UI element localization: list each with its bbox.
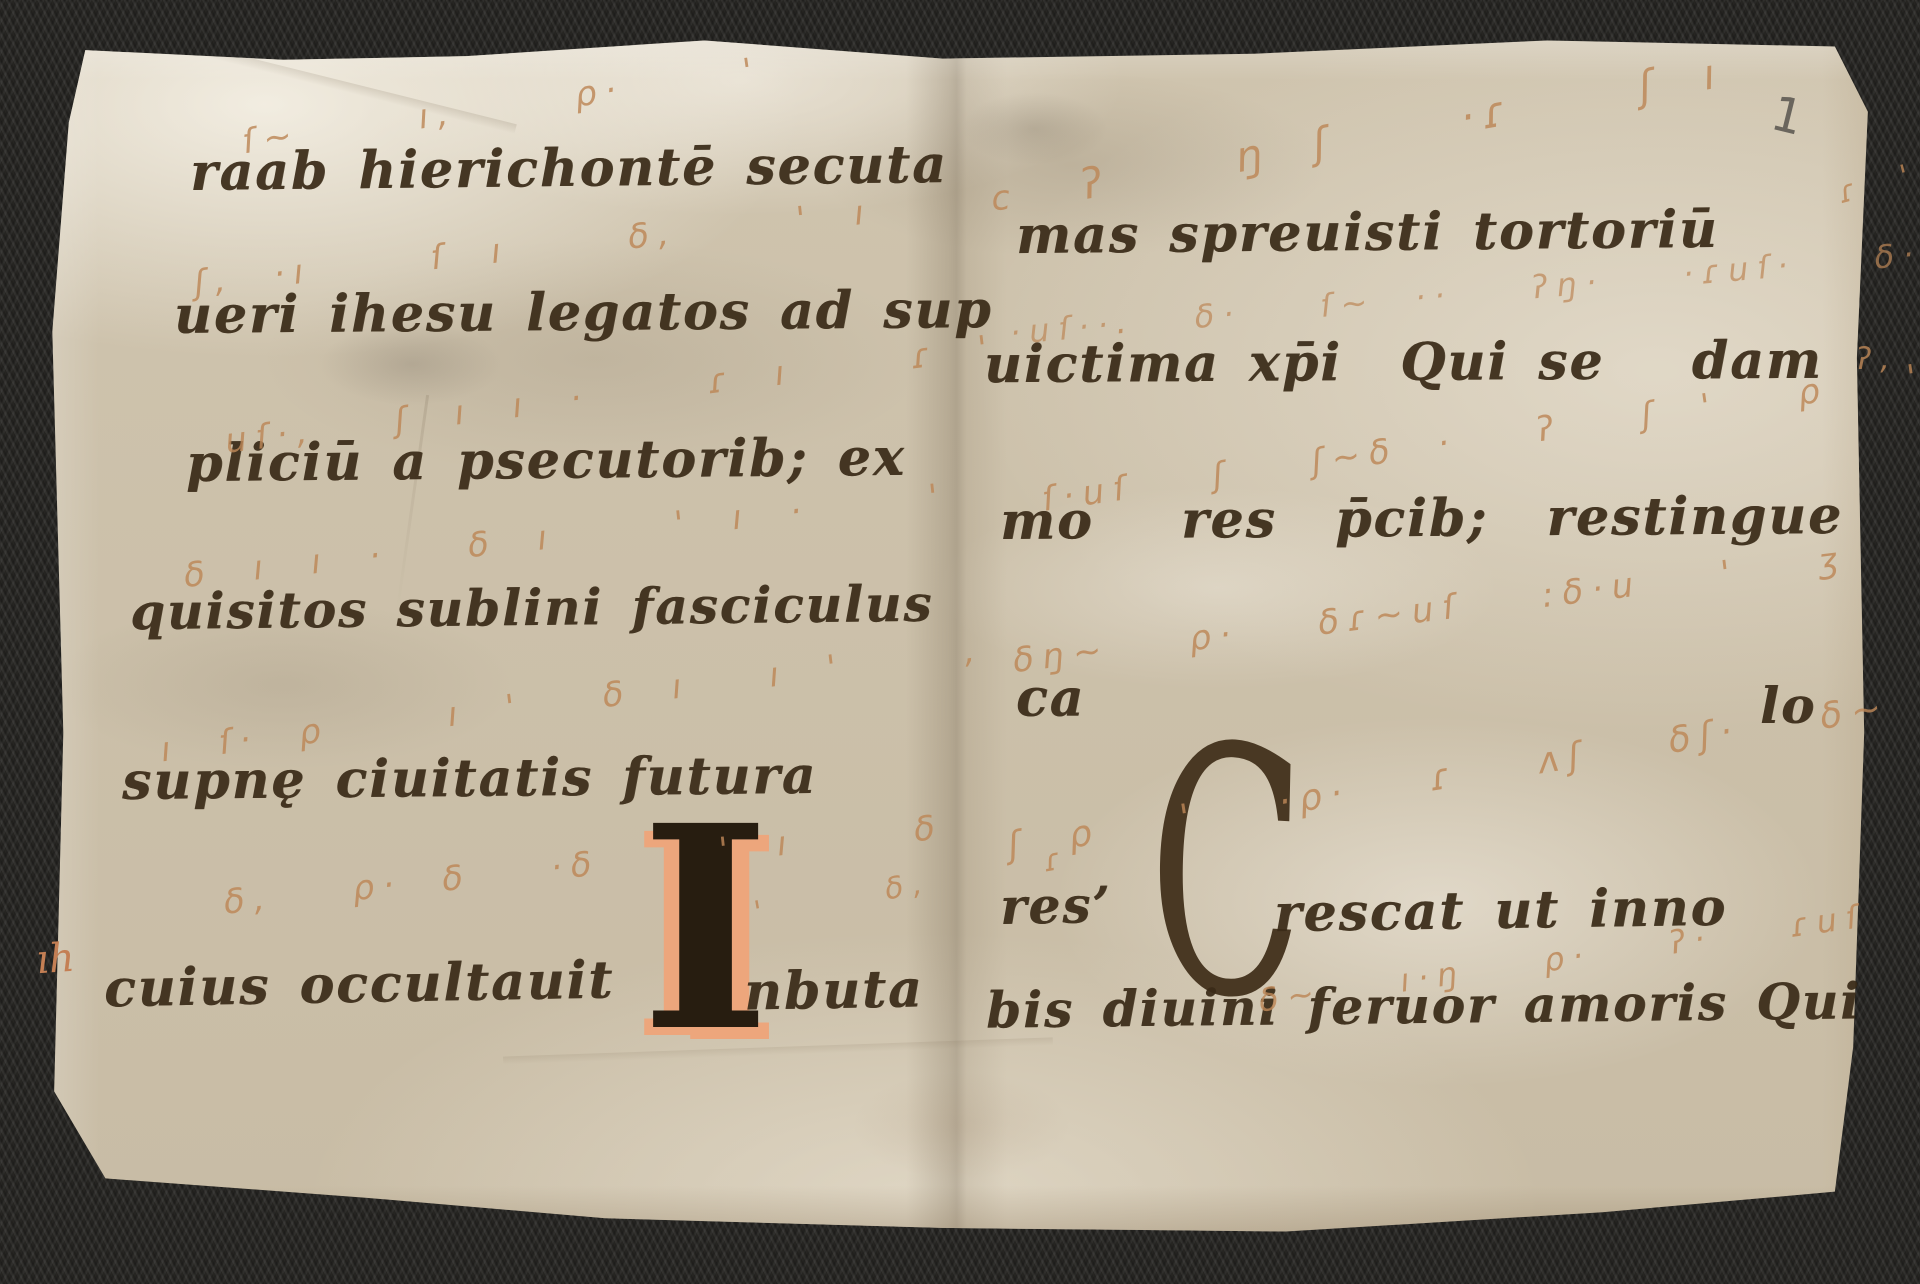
neume-row: ʔ‚ <box>1856 342 1899 377</box>
left-text-line: nbuta <box>743 958 924 1022</box>
stain <box>961 92 1108 164</box>
stain <box>851 1071 1071 1180</box>
left-text-line: cuius occultauit <box>104 950 615 1020</box>
margin-mark: ıh <box>34 935 76 984</box>
right-text-line: res’ <box>999 875 1112 936</box>
right-text-line: mas spreuisti tortoriū <box>1016 199 1719 266</box>
manuscript-photo: raab hierichontē secuta ueri ihesu legat… <box>0 0 1920 1284</box>
initial-i-letter: I <box>640 765 771 1094</box>
